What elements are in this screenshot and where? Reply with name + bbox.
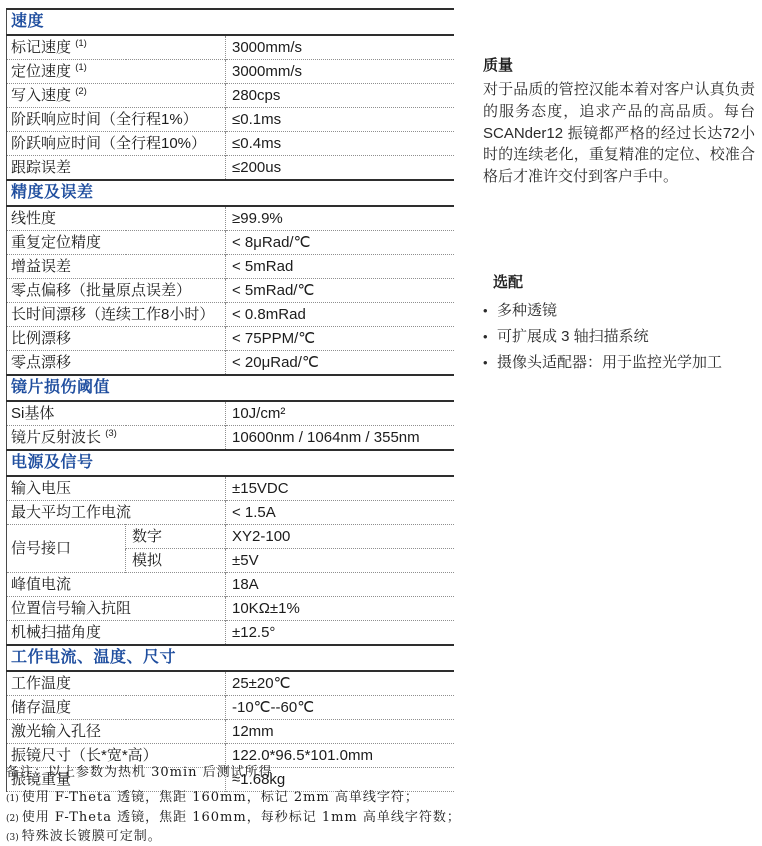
spec-label: 最大平均工作电流	[7, 501, 226, 525]
table-row: 标记速度 (1)3000mm/s	[7, 35, 454, 60]
footnote-line: (2)使用 F-Theta 透镜，焦距 160mm，每秒标记 1mm 高单线字符…	[6, 809, 466, 829]
spec-label: 工作温度	[7, 671, 226, 696]
spec-value: < 75PPM/℃	[226, 327, 454, 351]
spec-value: < 1.5A	[226, 501, 454, 525]
table-row: Si基体10J/cm²	[7, 401, 454, 426]
option-item: •摄像头适配器：用于监控光学加工	[483, 350, 755, 376]
spec-value: ≤200us	[226, 156, 454, 181]
table-row: 阶跃响应时间（全行程1%）≤0.1ms	[7, 108, 454, 132]
spec-label: 线性度	[7, 206, 226, 231]
table-row: 跟踪误差≤200us	[7, 156, 454, 181]
section-title: 镜片损伤阈值	[7, 375, 454, 401]
table-row: 位置信号输入抗阻10KΩ±1%	[7, 597, 454, 621]
spec-label: 零点偏移（批量原点误差）	[7, 279, 226, 303]
spec-value: ≥99.9%	[226, 206, 454, 231]
table-row: 线性度≥99.9%	[7, 206, 454, 231]
spec-value: 12mm	[226, 720, 454, 744]
spec-value: ±15VDC	[226, 476, 454, 501]
quality-block: 质量 对于品质的管控汉能本着对客户认真负责的服务态度，追求产品的高品质。每台SC…	[483, 55, 755, 188]
footnote-text: 特殊波长镀膜可定制。	[22, 829, 162, 844]
footnote-text: 使用 F-Theta 透镜，焦距 160mm，标记 2mm 高单线字符；	[22, 790, 419, 805]
option-item-text: 摄像头适配器：用于监控光学加工	[497, 354, 722, 371]
spec-label-text: 跟踪误差	[11, 159, 71, 176]
spec-value: < 5mRad	[226, 255, 454, 279]
spec-label-text: 阶跃响应时间（全行程10%）	[11, 135, 206, 152]
spec-label: 镜片反射波长 (3)	[7, 426, 226, 451]
section-header-row: 镜片损伤阈值	[7, 375, 454, 401]
footnote-line: (1)使用 F-Theta 透镜，焦距 160mm，标记 2mm 高单线字符；	[6, 789, 466, 809]
spec-label: 标记速度 (1)	[7, 35, 226, 60]
spec-value: 18A	[226, 573, 454, 597]
spec-label-text: 长时间漂移（连续工作8小时）	[11, 306, 214, 323]
table-row: 定位速度 (1)3000mm/s	[7, 60, 454, 84]
spec-value: XY2-100	[226, 525, 454, 549]
section-title: 工作电流、温度、尺寸	[7, 645, 454, 671]
bullet-icon: •	[483, 298, 488, 324]
spec-value: ≤0.1ms	[226, 108, 454, 132]
spec-label: 阶跃响应时间（全行程1%）	[7, 108, 226, 132]
spec-label-text: 增益误差	[11, 258, 71, 275]
footnote-text: 使用 F-Theta 透镜，焦距 160mm，每秒标记 1mm 高单线字符数；	[22, 810, 461, 825]
option-item: •多种透镜	[483, 298, 755, 324]
quality-title: 质量	[483, 55, 755, 77]
spec-label: 重复定位精度	[7, 231, 226, 255]
spec-label-text: 信号接口	[11, 540, 71, 557]
spec-label: 峰值电流	[7, 573, 226, 597]
spec-label-text: 零点偏移（批量原点误差）	[11, 282, 191, 299]
spec-label-text: 定位速度	[11, 63, 71, 80]
spec-label: Si基体	[7, 401, 226, 426]
spec-label-text: 重复定位精度	[11, 234, 101, 251]
spec-label: 比例漂移	[7, 327, 226, 351]
table-row: 重复定位精度< 8μRad/℃	[7, 231, 454, 255]
spec-sub-label: 模拟	[126, 549, 226, 573]
option-item-text: 多种透镜	[497, 302, 557, 319]
spec-label-text: 比例漂移	[11, 330, 71, 347]
section-title: 电源及信号	[7, 450, 454, 476]
table-row: 输入电压±15VDC	[7, 476, 454, 501]
spec-label: 信号接口	[7, 525, 126, 573]
spec-value: 10600nm / 1064nm / 355nm	[226, 426, 454, 451]
spec-label: 跟踪误差	[7, 156, 226, 181]
spec-value: 3000mm/s	[226, 60, 454, 84]
spec-label-text: 储存温度	[11, 699, 71, 716]
spec-label: 储存温度	[7, 696, 226, 720]
spec-value: 25±20℃	[226, 671, 454, 696]
spec-value: 10J/cm²	[226, 401, 454, 426]
spec-label-text: 零点漂移	[11, 354, 71, 371]
spec-label-text: 峰值电流	[11, 576, 71, 593]
spec-label-text: Si基体	[11, 405, 54, 422]
spec-value: ≤0.4ms	[226, 132, 454, 156]
spec-value: 10KΩ±1%	[226, 597, 454, 621]
spec-label-text: 振镜尺寸（长*宽*高）	[11, 747, 158, 764]
section-header-row: 精度及误差	[7, 180, 454, 206]
footnote-marker: (1)	[6, 794, 19, 804]
quality-body: 对于品质的管控汉能本着对客户认真负责的服务态度，追求产品的高品质。每台SCANd…	[483, 79, 755, 188]
section-header-row: 电源及信号	[7, 450, 454, 476]
options-block: 选配 •多种透镜•可扩展成 3 轴扫描系统•摄像头适配器：用于监控光学加工	[483, 272, 755, 376]
table-row: 机械扫描角度±12.5°	[7, 621, 454, 646]
section-header-row: 工作电流、温度、尺寸	[7, 645, 454, 671]
spec-label: 长时间漂移（连续工作8小时）	[7, 303, 226, 327]
section-title: 速度	[7, 9, 454, 35]
spec-label-text: 镜片反射波长	[11, 429, 101, 446]
spec-label-text: 最大平均工作电流	[11, 504, 131, 521]
bullet-icon: •	[483, 324, 488, 350]
section-header-row: 速度	[7, 9, 454, 35]
spec-value: 280cps	[226, 84, 454, 108]
footnote-line: (3)特殊波长镀膜可定制。	[6, 828, 466, 846]
spec-label-text: 位置信号输入抗阻	[11, 600, 131, 617]
table-row: 镜片反射波长 (3)10600nm / 1064nm / 355nm	[7, 426, 454, 451]
spec-label: 激光输入孔径	[7, 720, 226, 744]
spec-label: 增益误差	[7, 255, 226, 279]
spec-label: 写入速度 (2)	[7, 84, 226, 108]
spec-label-superscript: (1)	[75, 38, 87, 49]
table-row: 写入速度 (2)280cps	[7, 84, 454, 108]
bullet-icon: •	[483, 350, 488, 376]
spec-label-text: 工作温度	[11, 675, 71, 692]
table-row: 比例漂移< 75PPM/℃	[7, 327, 454, 351]
spec-label: 位置信号输入抗阻	[7, 597, 226, 621]
option-item-text: 可扩展成 3 轴扫描系统	[497, 328, 649, 345]
table-row: 信号接口数字XY2-100	[7, 525, 454, 549]
spec-value: < 5mRad/℃	[226, 279, 454, 303]
spec-label-superscript: (3)	[105, 428, 117, 439]
table-row: 激光输入孔径12mm	[7, 720, 454, 744]
options-list: •多种透镜•可扩展成 3 轴扫描系统•摄像头适配器：用于监控光学加工	[483, 298, 755, 376]
spec-table-body: 速度标记速度 (1)3000mm/s定位速度 (1)3000mm/s写入速度 (…	[7, 9, 454, 792]
spec-label: 零点漂移	[7, 351, 226, 376]
spec-value: -10℃--60℃	[226, 696, 454, 720]
table-row: 零点漂移< 20μRad/℃	[7, 351, 454, 376]
spec-label-text: 写入速度	[11, 87, 71, 104]
spec-value: < 0.8mRad	[226, 303, 454, 327]
spec-table: 速度标记速度 (1)3000mm/s定位速度 (1)3000mm/s写入速度 (…	[6, 8, 454, 792]
spec-value: < 8μRad/℃	[226, 231, 454, 255]
footnotes: 备注：以上参数为热机 30min 后测试所得 (1)使用 F-Theta 透镜，…	[6, 764, 466, 846]
spec-label: 输入电压	[7, 476, 226, 501]
spec-label-text: 标记速度	[11, 39, 71, 56]
table-row: 零点偏移（批量原点误差）< 5mRad/℃	[7, 279, 454, 303]
option-item: •可扩展成 3 轴扫描系统	[483, 324, 755, 350]
table-row: 增益误差< 5mRad	[7, 255, 454, 279]
spec-label-superscript: (1)	[75, 62, 87, 73]
spec-value: ±12.5°	[226, 621, 454, 646]
spec-label: 阶跃响应时间（全行程10%）	[7, 132, 226, 156]
spec-label: 机械扫描角度	[7, 621, 226, 646]
sidebar: 质量 对于品质的管控汉能本着对客户认真负责的服务态度，追求产品的高品质。每台SC…	[483, 55, 755, 376]
spec-label: 定位速度 (1)	[7, 60, 226, 84]
spec-label-text: 阶跃响应时间（全行程1%）	[11, 111, 198, 128]
remark-line: 备注：以上参数为热机 30min 后测试所得	[6, 764, 466, 782]
spec-label-text: 线性度	[11, 210, 56, 227]
spec-label-superscript: (2)	[75, 86, 87, 97]
spec-value: 3000mm/s	[226, 35, 454, 60]
spec-value: < 20μRad/℃	[226, 351, 454, 376]
spec-label-text: 激光输入孔径	[11, 723, 101, 740]
spec-label-text: 输入电压	[11, 480, 71, 497]
table-row: 储存温度-10℃--60℃	[7, 696, 454, 720]
spec-value: ±5V	[226, 549, 454, 573]
table-row: 阶跃响应时间（全行程10%）≤0.4ms	[7, 132, 454, 156]
datasheet-page: 速度标记速度 (1)3000mm/s定位速度 (1)3000mm/s写入速度 (…	[0, 0, 762, 846]
table-row: 工作温度25±20℃	[7, 671, 454, 696]
section-title: 精度及误差	[7, 180, 454, 206]
table-row: 最大平均工作电流< 1.5A	[7, 501, 454, 525]
footnote-marker: (3)	[6, 833, 19, 843]
spec-label-text: 机械扫描角度	[11, 624, 101, 641]
table-row: 峰值电流18A	[7, 573, 454, 597]
footnote-marker: (2)	[6, 814, 19, 824]
table-row: 长时间漂移（连续工作8小时）< 0.8mRad	[7, 303, 454, 327]
footnote-list: (1)使用 F-Theta 透镜，焦距 160mm，标记 2mm 高单线字符；(…	[6, 789, 466, 846]
spec-sub-label: 数字	[126, 525, 226, 549]
options-title: 选配	[493, 272, 755, 294]
